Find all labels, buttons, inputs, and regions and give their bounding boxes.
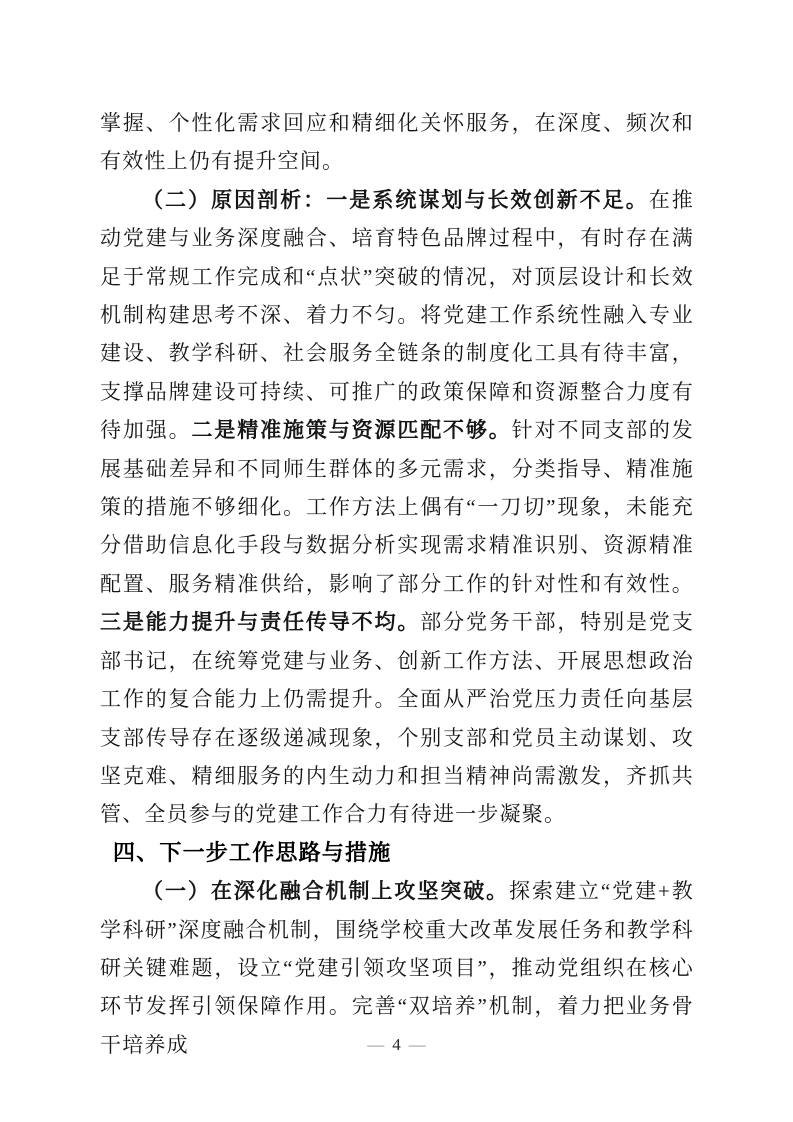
paragraph-cause-analysis: （二）原因剖析：一是系统谋划与长效创新不足。在推动党建与业务深度融合、培育特色品… — [100, 181, 694, 834]
paragraph-continuation: 掌握、个性化需求回应和精细化关怀服务，在深度、频次和有效性上仍有提升空间。 — [100, 104, 694, 181]
text-run: 部分党务干部，特别是党支部书记，在统筹党建与业务、创新工作方法、开展思想政治工作… — [100, 610, 694, 826]
text-run: 针对不同支部的发展基础差异和不同师生群体的多元需求，分类指导、精准施策的措施不够… — [100, 418, 694, 596]
document-body: 掌握、个性化需求回应和精细化关怀服务，在深度、频次和有效性上仍有提升空间。 （二… — [100, 104, 694, 1064]
text-run: 探索建立“党建+教学科研”深度融合机制，围绕学校重大改革发展任务和教学科研关键难… — [100, 879, 694, 1057]
section-heading-next-steps: 四、下一步工作思路与措施 — [100, 834, 694, 872]
lead-in-bold-run: （二）原因剖析：一是系统谋划与长效创新不足。 — [142, 188, 649, 212]
footer-dash-left: — — [367, 1035, 384, 1054]
lead-in-bold-run: 三是能力提升与责任传导不均。 — [100, 610, 420, 634]
footer-dash-right: — — [409, 1035, 426, 1054]
page-number: 4 — [392, 1035, 401, 1054]
text-run: 在推动党建与业务深度融合、培育特色品牌过程中，有时存在满足于常规工作完成和“点状… — [100, 188, 694, 442]
document-page: 掌握、个性化需求回应和精细化关怀服务，在深度、频次和有效性上仍有提升空间。 （二… — [0, 0, 793, 1122]
text-run: 掌握、个性化需求回应和精细化关怀服务，在深度、频次和有效性上仍有提升空间。 — [100, 111, 694, 173]
lead-in-bold-run: （一）在深化融合机制上攻坚突破。 — [142, 879, 509, 903]
lead-in-bold-run: 二是精准施策与资源匹配不够。 — [191, 418, 511, 442]
page-footer: —4— — [0, 1034, 793, 1056]
